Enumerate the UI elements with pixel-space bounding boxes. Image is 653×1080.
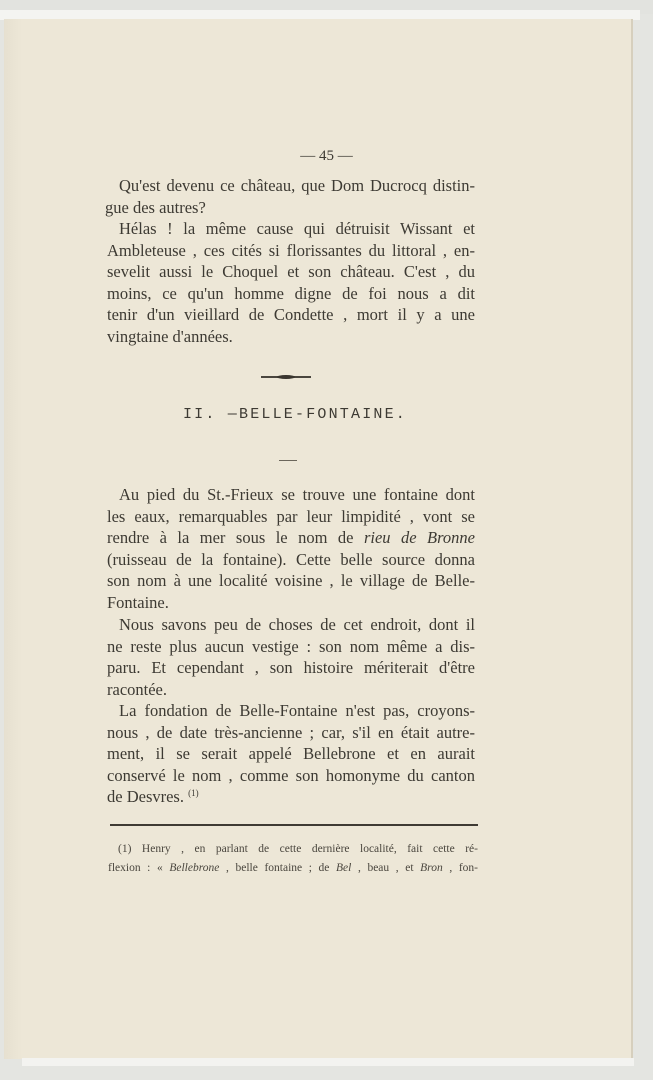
text-line: gue des autres? [105,197,475,219]
footnote: (1) Henry , en parlant de cette dernière… [118,840,478,878]
text-line: son nom à une localité voisine , le vill… [107,570,475,592]
text-line: Fontaine. [107,592,475,614]
text-line: paru. Et cependant , son histoire mérite… [107,657,475,679]
text-line: tenir d'un vieillard de Condette , mort … [107,304,475,326]
text-line: moins, ce qu'un homme digne de foi nous … [107,283,475,305]
paragraph-la-fondation: La fondation de Belle-Fontaine n'est pas… [107,700,475,808]
text-fragment: de Desvres. [107,787,184,806]
text-line: nous , de date très-ancienne ; car, s'il… [107,722,475,744]
text-fragment: , beau , et [351,862,420,874]
heading-dash-divider [279,460,297,461]
text-line: de Desvres. (1) [107,786,475,808]
section-ornament-divider [261,376,311,378]
text-line: les eaux, remarquables par leur limpidit… [107,506,475,528]
italic-term: Bellebrone [169,862,219,874]
text-line: Nous savons peu de choses de cet endroit… [107,614,475,636]
scan-bottom-strip [22,1058,634,1066]
text-line: Hélas ! la même cause qui détruisit Wiss… [107,218,475,240]
text-line: racontée. [107,679,475,701]
page-gutter-shade [4,19,22,1059]
footnote-line: (1) Henry , en parlant de cette dernière… [118,840,478,859]
text-line: ne reste plus aucun vestige : son nom mê… [107,636,475,658]
paragraph-nous-savons: Nous savons peu de choses de cet endroit… [107,614,475,700]
text-line: Au pied du St.-Frieux se trouve une font… [107,484,475,506]
italic-term: Bel [336,862,351,874]
paragraph-chateau-question: Qu'est devenu ce château, que Dom Ducroc… [107,175,475,218]
italic-term: Bron [420,862,443,874]
paragraph-helas: Hélas ! la même cause qui détruisit Wiss… [107,218,475,348]
text-line: Qu'est devenu ce château, que Dom Ducroc… [107,175,475,197]
text-fragment: rendre à la mer sous le nom de [107,528,353,547]
text-line: vingtaine d'années. [107,326,475,348]
footnote-separator-rule [110,824,478,826]
text-line: Ambleteuse , ces cités si florissantes d… [107,240,475,262]
italic-place-name: rieu de Bronne [364,528,475,547]
footnote-reference[interactable]: (1) [188,788,199,798]
footnote-line: flexion : « Bellebrone , belle fontaine … [108,859,478,878]
text-fragment: , fon- [443,862,478,874]
text-fragment: flexion : « [108,862,169,874]
text-line: (ruisseau de la fontaine). Cette belle s… [107,549,475,571]
paragraph-au-pied: Au pied du St.-Frieux se trouve une font… [107,484,475,614]
text-line: La fondation de Belle-Fontaine n'est pas… [107,700,475,722]
text-fragment: , belle fontaine ; de [219,862,336,874]
text-line: rendre à la mer sous le nom de rieu de B… [107,527,475,549]
text-line: ment, il se serait appelé Bellebrone et … [107,743,475,765]
page-number: — 45 — [0,148,653,165]
section-heading: II. —BELLE-FONTAINE. [0,406,590,423]
text-line: conservé le nom , comme son homonyme du … [107,765,475,787]
text-line: sevelit aussi le Choquel et son château.… [107,261,475,283]
